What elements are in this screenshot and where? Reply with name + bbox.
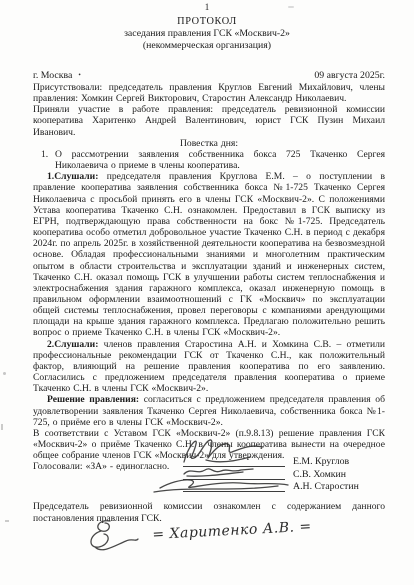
organization-type: (некоммерческая организация) <box>0 40 414 52</box>
scan-artifact <box>288 6 294 8</box>
heard-2-lead: 2.Слушали: <box>47 339 98 350</box>
handwritten-signature-kruglov <box>178 434 270 466</box>
signer-name-khomkin: С.В. Хомкин <box>285 469 346 480</box>
revision-note-line1: Председатель ревизионной комиссии ознако… <box>33 501 385 513</box>
attendees-paragraph: Присутствовали: председатель правления К… <box>33 82 385 104</box>
document-title: ПРОТОКОЛ <box>0 16 414 28</box>
scan-artifact <box>1 424 3 430</box>
heard-1-text: председателя правления Круглова Е.М. – о… <box>33 171 385 338</box>
city-dot-mark: • <box>78 71 80 80</box>
handwritten-signature-starostin <box>152 474 292 494</box>
decision-paragraph: Решение правления: согласиться с предлож… <box>33 394 385 427</box>
document-body: Присутствовали: председатель правления К… <box>33 82 385 472</box>
document-subtitle: заседания правления ГСК «Москвич-2» <box>0 28 414 40</box>
participants-paragraph: Приняли участие в работе правления: пред… <box>33 104 385 137</box>
scan-artifact <box>5 520 9 522</box>
dateline: г. Москва • 09 августа 2025г. <box>33 70 385 81</box>
city-label: г. Москва <box>33 70 72 81</box>
signer-name-starostin: А.Н. Старостин <box>285 481 359 492</box>
city-label-wrap: г. Москва • <box>33 70 81 81</box>
signer-name-kruglov: Е.М. Круглов <box>285 456 349 467</box>
protocol-document-page: 1 ПРОТОКОЛ заседания правления ГСК «Моск… <box>0 0 414 585</box>
document-date: 09 августа 2025г. <box>314 70 385 81</box>
scan-artifact <box>3 372 6 375</box>
page-number: 1 <box>0 2 414 12</box>
heard-1-lead: 1.Слушали: <box>47 171 98 182</box>
agenda-heading: Повестка дня: <box>33 138 385 149</box>
agenda-item-1: 1. О рассмотрении заявления собственника… <box>33 149 385 171</box>
title-block: ПРОТОКОЛ заседания правления ГСК «Москви… <box>0 16 414 52</box>
heard-1-paragraph: 1.Слушали: председателя правления Кругло… <box>33 171 385 338</box>
agenda-item-number: 1. <box>41 149 55 171</box>
decision-lead: Решение правления: <box>47 394 139 405</box>
agenda-item-text: О рассмотрении заявления собственника бо… <box>55 149 385 171</box>
handwritten-signature-kharitenko <box>80 516 142 556</box>
heard-2-paragraph: 2.Слушали: членов правления Старостина А… <box>33 339 385 395</box>
